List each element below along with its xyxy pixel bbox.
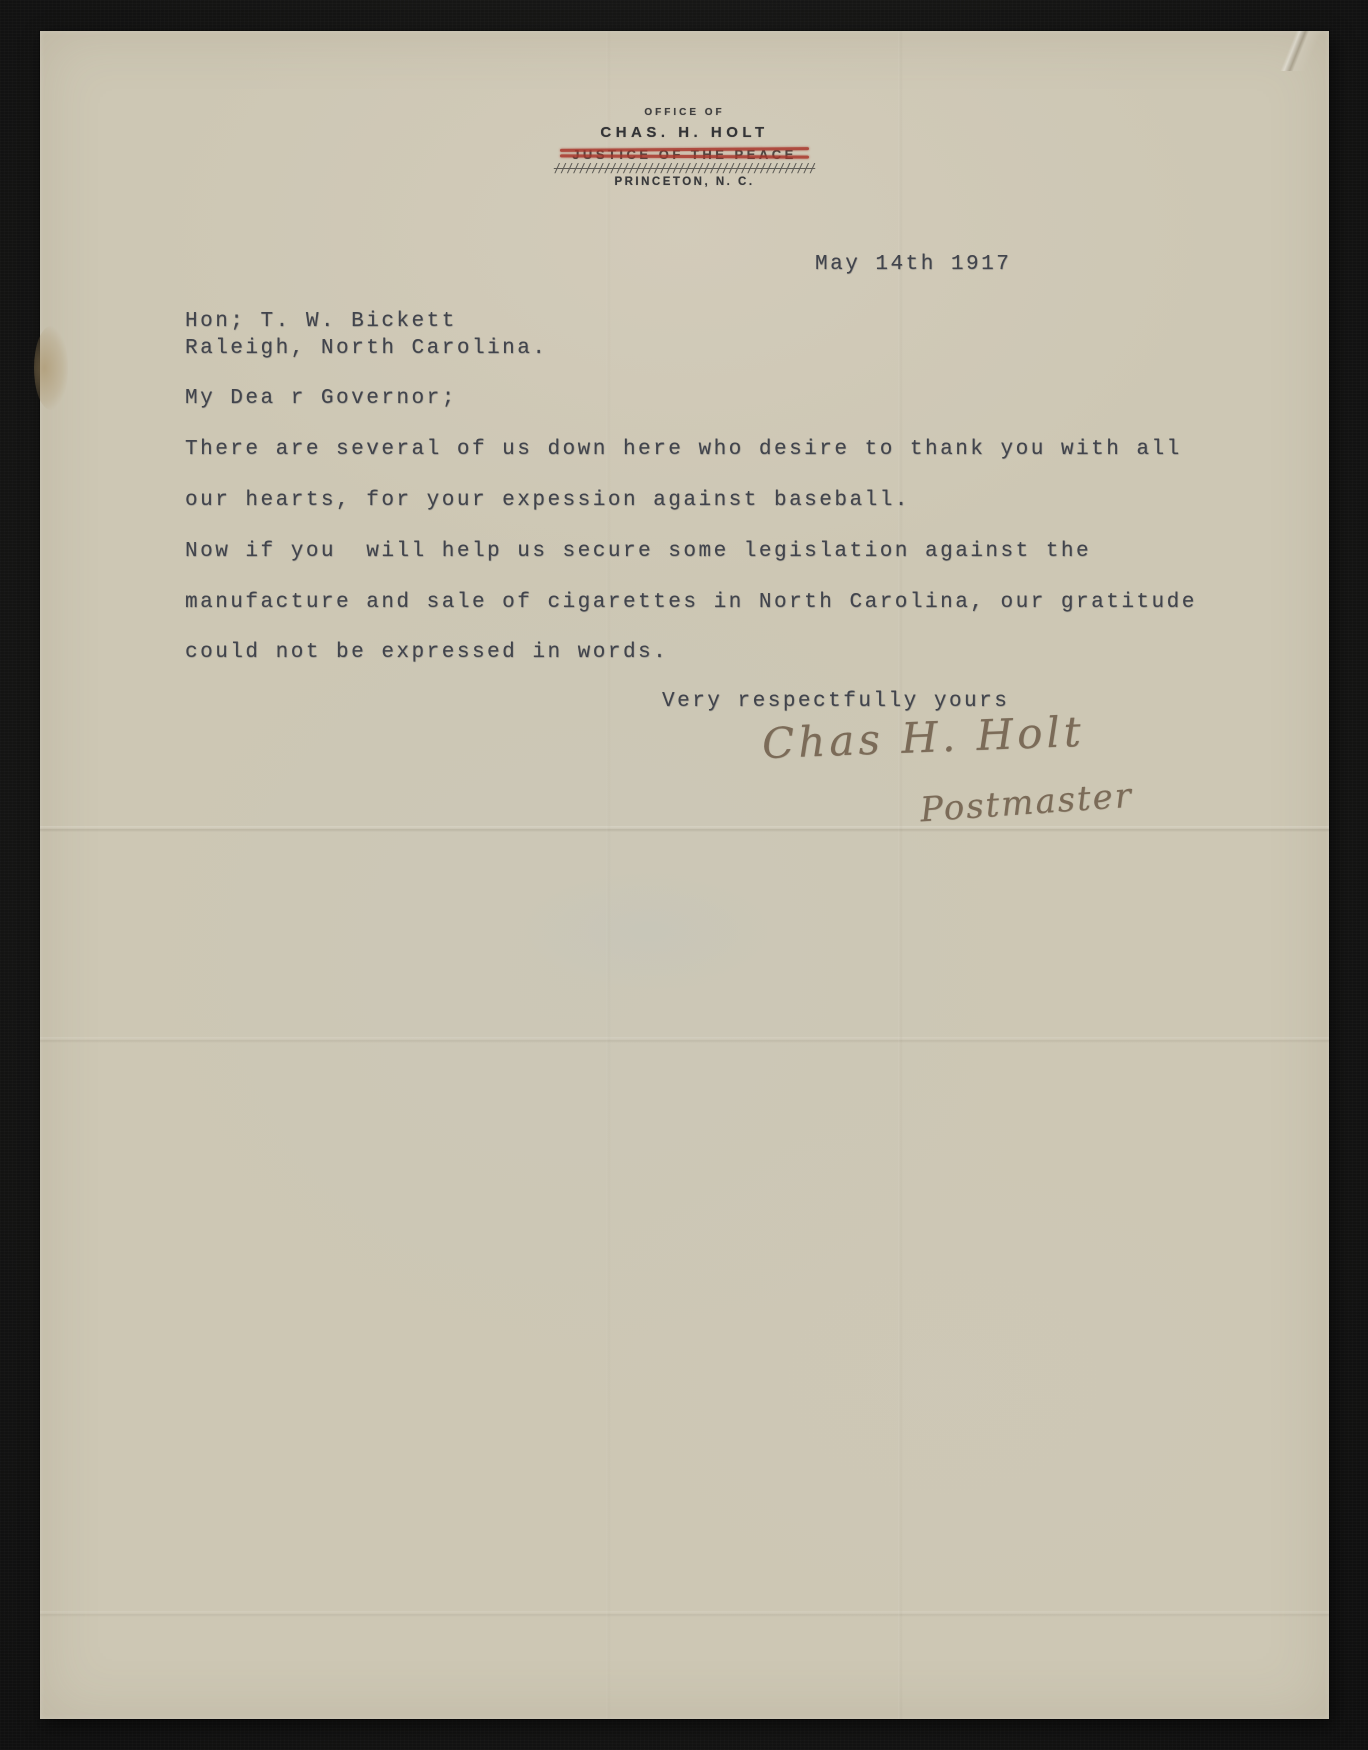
recipient-city: Raleigh, North Carolina. <box>185 337 547 360</box>
closing: Very respectfully yours <box>662 690 1009 713</box>
recipient-name: Hon; T. W. Bickett <box>185 310 457 333</box>
fold-crease-upper <box>40 826 1329 832</box>
letterhead-name: CHAS. H. HOLT <box>40 124 1329 141</box>
body-line-3: Now if you will help us secure some legi… <box>185 540 1091 563</box>
signature: Chas H. Holt <box>761 707 1085 768</box>
salutation: My Dea r Governor; <box>185 387 457 410</box>
corner-fold-crease <box>1251 31 1329 71</box>
fold-crease-lower <box>40 1611 1329 1617</box>
fold-crease-middle <box>40 1037 1329 1043</box>
body-line-4: manufacture and sale of cigarettes in No… <box>185 591 1197 614</box>
letterhead-office-of: OFFICE OF <box>40 107 1329 118</box>
body-line-1: There are several of us down here who de… <box>185 438 1182 461</box>
body-line-2: our hearts, for your expession against b… <box>185 489 910 512</box>
vertical-crease <box>898 31 903 1719</box>
body-line-5: could not be expressed in words. <box>185 641 668 664</box>
edge-stain <box>34 326 68 410</box>
faint-blue-blotch <box>520 871 780 991</box>
typed-cancellation-marks: ////////////////////////////////////////… <box>40 161 1329 175</box>
letterhead: OFFICE OF CHAS. H. HOLT JUSTICE OF THE P… <box>40 107 1329 188</box>
vertical-crease-faint <box>606 31 611 1719</box>
letter-paper: OFFICE OF CHAS. H. HOLT JUSTICE OF THE P… <box>40 31 1329 1719</box>
letter-date: May 14th 1917 <box>815 253 1011 276</box>
letterhead-city: PRINCETON, N. C. <box>40 176 1329 188</box>
photographed-letter-scene: { "letterhead": { "office_of": "OFFICE O… <box>0 0 1368 1750</box>
signature-title: Postmaster <box>919 776 1134 831</box>
